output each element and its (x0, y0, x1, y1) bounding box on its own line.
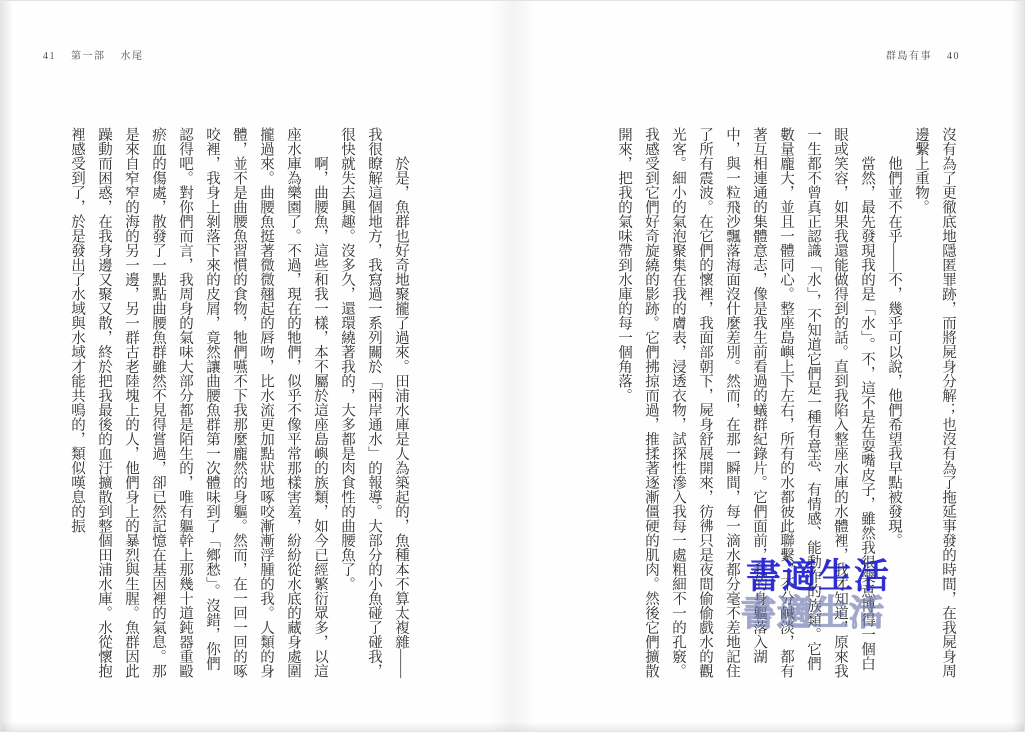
scan-edge-left (1, 1, 13, 731)
scan-edge-right (1012, 1, 1024, 731)
left-page-text: 於是，魚群也好奇地聚攏了過來。田浦水庫是人為築起的，魚種本不算太複雜——我很瞭解… (63, 127, 414, 680)
book-title: 群島有事 (886, 51, 932, 62)
paragraph: 當然，最先發現我的是「水」。不，這不是在耍嘴皮子，雖然我很樂意博得一個白眼或笑容… (610, 127, 880, 680)
book-spread: 41第一部水尾 於是，魚群也好奇地聚攏了過來。田浦水庫是人為築起的，魚種本不算太… (0, 0, 1025, 732)
paragraph: 於是，魚群也好奇地聚攏了過來。田浦水庫是人為築起的，魚種本不算太複雜——我很瞭解… (333, 127, 414, 680)
part-label: 第一部 (71, 51, 106, 62)
paragraph: 沒有為了更徹底地隱匿罪跡，而將屍身分解；也沒有為了拖延事發的時間，在我屍身周邊繫… (907, 127, 961, 680)
paragraph: 他們並不在乎——不，幾乎可以說，他們希望我早點被發現。 (880, 127, 907, 680)
chapter-label: 水尾 (121, 51, 144, 62)
right-running-head: 群島有事40 (871, 47, 960, 62)
right-page-text: 沒有為了更徹底地隱匿罪跡，而將屍身分解；也沒有為了拖延事發的時間，在我屍身周邊繫… (610, 127, 961, 680)
left-running-head: 41第一部水尾 (43, 47, 159, 62)
paragraph: 啊，曲腰魚，這些和我一樣，本不屬於這座島嶼的族類，如今已經繁衍眾多，以這座水庫為… (63, 127, 333, 680)
left-page-number: 41 (43, 51, 56, 62)
right-page-number: 40 (947, 51, 960, 62)
page-gutter (491, 1, 535, 731)
